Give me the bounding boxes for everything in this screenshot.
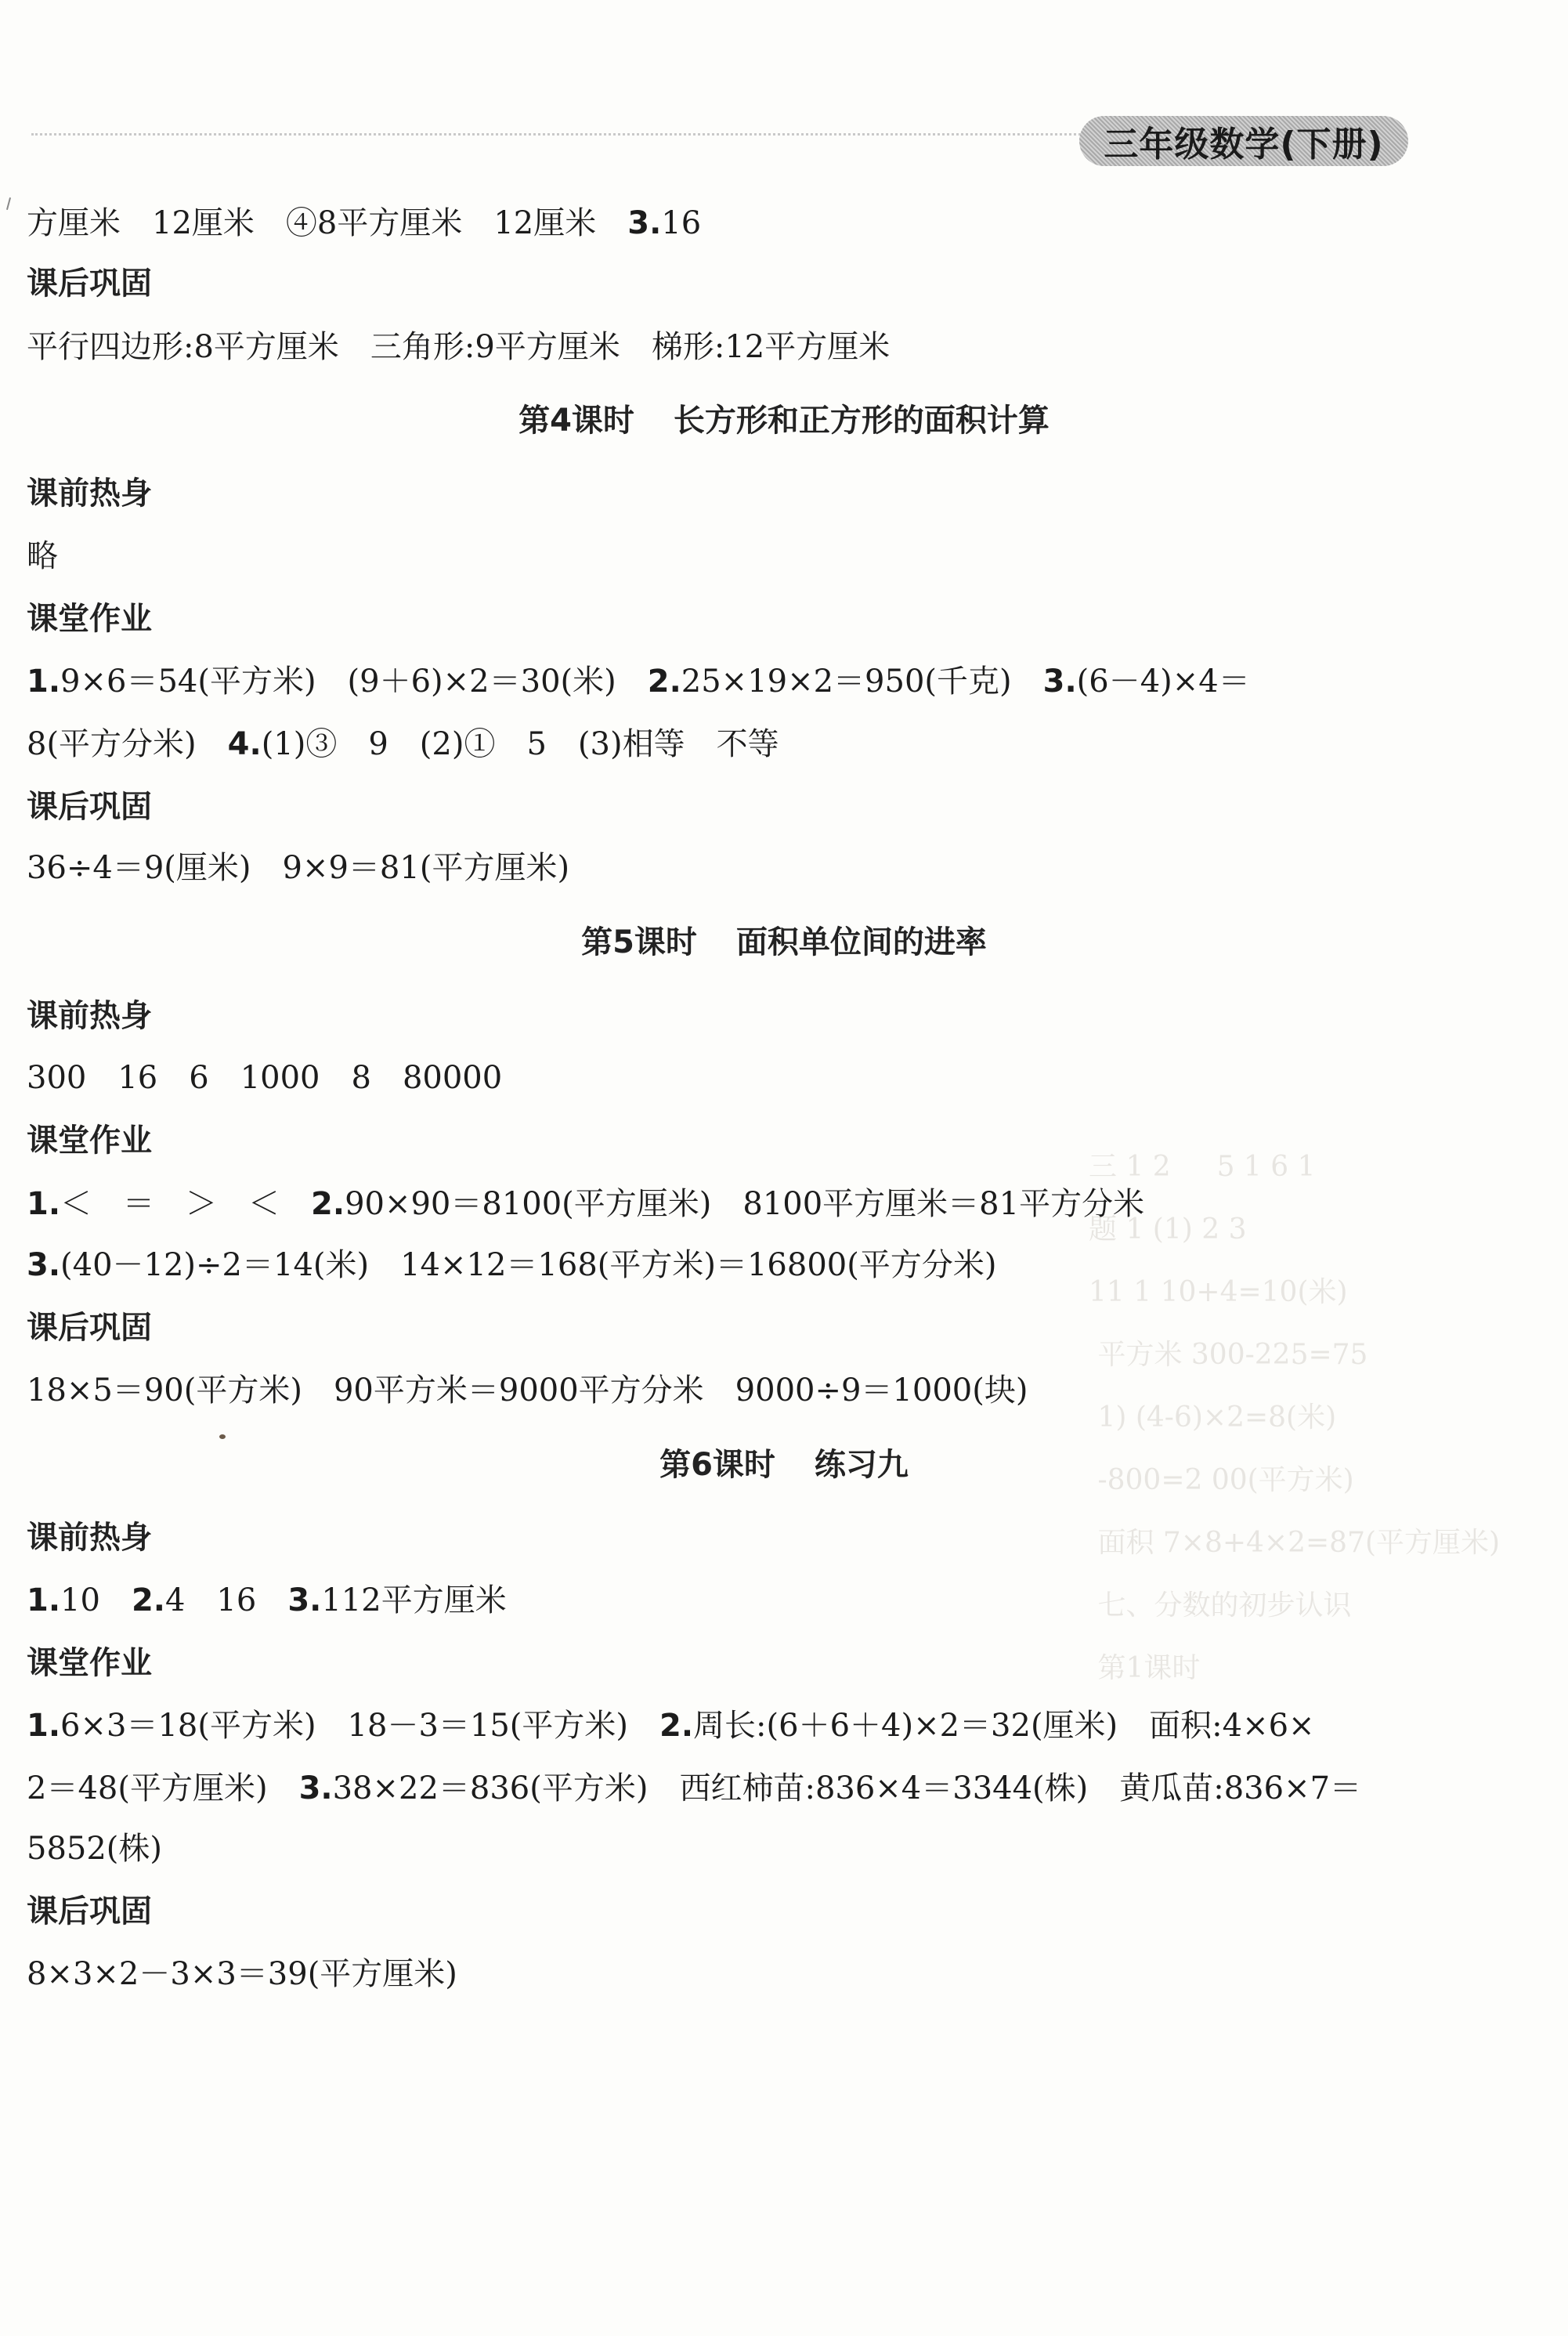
lesson-4-after-label: 课后巩固 <box>27 785 152 829</box>
lesson-6-class-label: 课堂作业 <box>27 1641 152 1685</box>
after-class-answer: 平行四边形:8平方厘米 三角形:9平方厘米 梯形:12平方厘米 <box>27 325 890 369</box>
lesson-5-warmup-label: 课前热身 <box>27 994 152 1038</box>
lesson-6-warmup-answer: 1.10 2.4 16 3.112平方厘米 <box>27 1578 507 1622</box>
lesson-5-after-answer: 18×5＝90(平方米) 90平方米＝9000平方分米 9000÷9＝1000(… <box>27 1369 1028 1412</box>
lesson-5-warmup-answer: 300 16 6 1000 8 80000 <box>27 1056 502 1100</box>
lesson-4-title: 第4课时长方形和正方形的面积计算 <box>0 399 1568 443</box>
lesson-4-class-answer-line-2: 8(平方分米) 4.(1)③ 9 (2)① 5 (3)相等 不等 <box>27 722 779 766</box>
ink-speck <box>219 1434 226 1439</box>
lesson-4-warmup-answer: 略 <box>27 534 58 578</box>
lesson-5-class-label: 课堂作业 <box>27 1119 152 1163</box>
bleed-through-text: 三 1 2 5 1 6 1 题 1 (1) 2 3 11 1 10+4=10(米… <box>1089 1136 1500 1700</box>
lesson-6-after-answer: 8×3×2－3×3＝39(平方厘米) <box>27 1952 457 1996</box>
lesson-5-after-label: 课后巩固 <box>27 1306 152 1350</box>
lesson-4-class-answer-line-1: 1.9×6＝54(平方米) (9＋6)×2＝30(米) 2.25×19×2＝95… <box>27 660 1250 703</box>
lesson-6-after-label: 课后巩固 <box>27 1889 152 1933</box>
lesson-5-class-answer-line-1: 1.＜ ＝ ＞ ＜ 2.90×90＝8100(平方厘米) 8100平方厘米＝81… <box>27 1182 1144 1226</box>
margin-mark <box>6 197 11 210</box>
lesson-6-class-answer-line-3: 5852(株) <box>27 1827 162 1871</box>
lesson-4-class-label: 课堂作业 <box>27 597 152 641</box>
lesson-5-title: 第5课时面积单位间的进率 <box>0 920 1568 964</box>
continued-answer-line: 方厘米 12厘米 ④8平方厘米 12厘米 3.16 <box>27 201 701 245</box>
header-dotted-rule <box>31 133 1081 136</box>
lesson-4-warmup-label: 课前热身 <box>27 472 152 515</box>
lesson-6-title: 第6课时练习九 <box>0 1443 1568 1487</box>
lesson-6-warmup-label: 课前热身 <box>27 1516 152 1560</box>
book-title-badge: 三年级数学(下册) <box>1079 116 1408 166</box>
lesson-4-after-answer: 36÷4＝9(厘米) 9×9＝81(平方厘米) <box>27 846 569 890</box>
section-label-after-class: 课后巩固 <box>27 262 152 306</box>
lesson-5-class-answer-line-2: 3.(40－12)÷2＝14(米) 14×12＝168(平方米)＝16800(平… <box>27 1243 996 1287</box>
lesson-6-class-answer-line-1: 1.6×3＝18(平方米) 18－3＝15(平方米) 2.周长:(6＋6＋4)×… <box>27 1704 1315 1748</box>
lesson-6-class-answer-line-2: 2＝48(平方厘米) 3.38×22＝836(平方米) 西红柿苗:836×4＝3… <box>27 1766 1361 1810</box>
